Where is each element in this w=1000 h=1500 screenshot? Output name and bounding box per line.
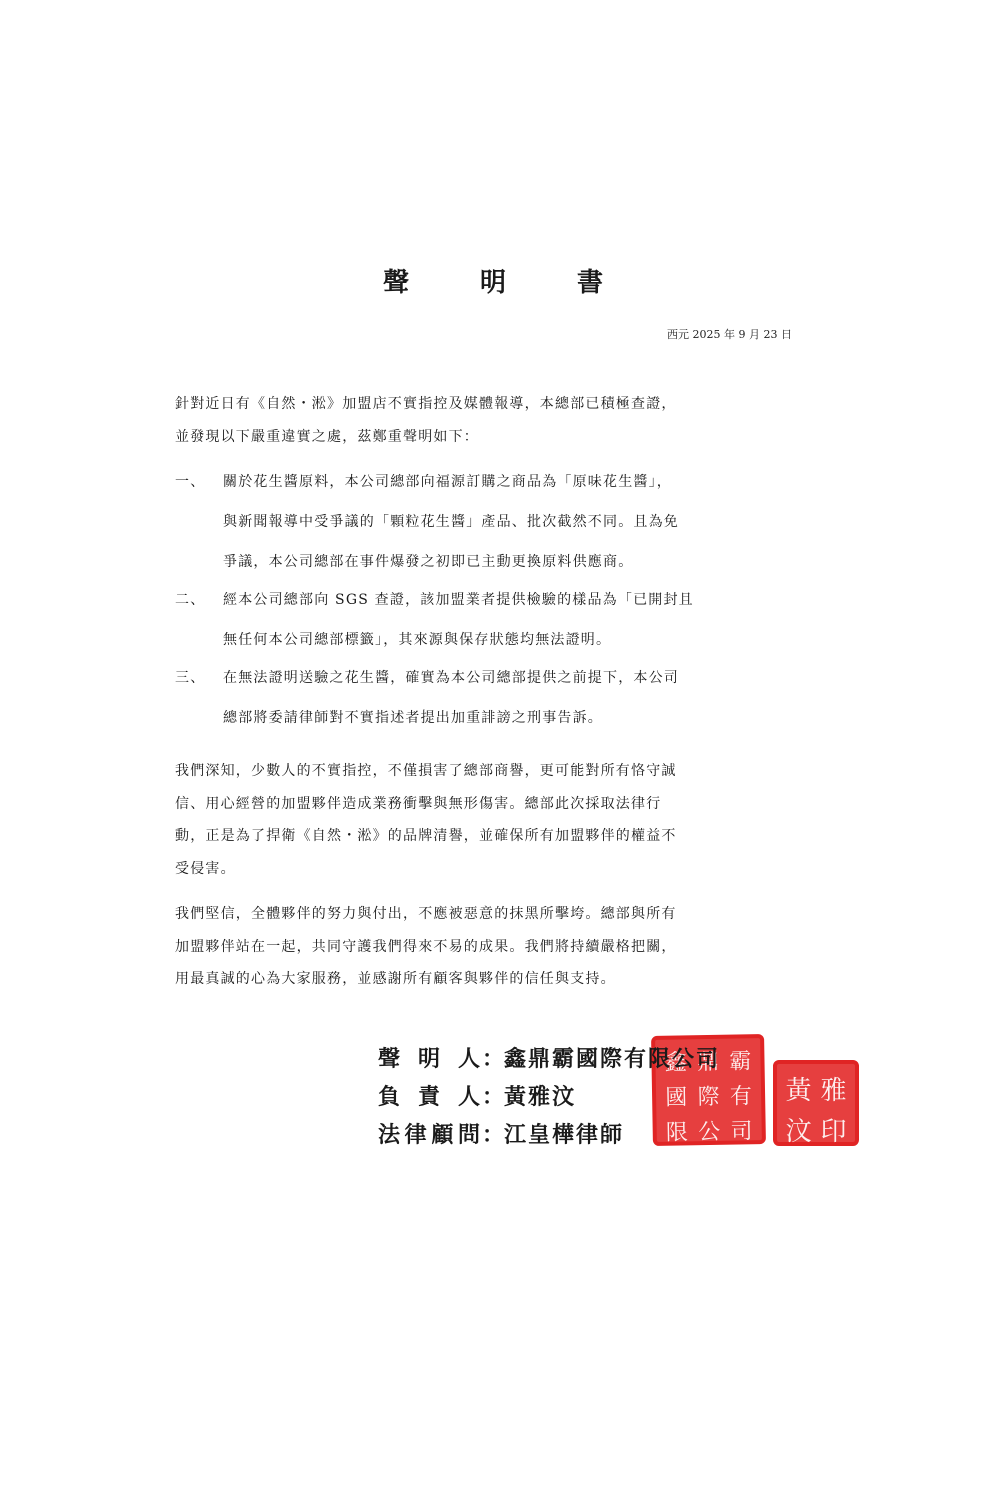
- text-line: 爭議，本公司總部在事件爆發之初即已主動更換原料供應商。: [223, 542, 798, 582]
- title-char: 聲: [383, 262, 409, 302]
- item-body: 在無法證明送驗之花生醬，確實為本公司總部提供之前提下，本公司 總部將委請律師對不…: [223, 658, 798, 738]
- personal-seal: 黃 雅 汶 印: [773, 1060, 859, 1146]
- label-char: 負: [378, 1078, 402, 1116]
- signature-row-responsible-person: 負 責 人 ： 黃雅汶: [378, 1078, 720, 1116]
- item-number: 三、: [175, 658, 221, 698]
- signature-value: 鑫鼎霸國際有限公司: [504, 1040, 720, 1078]
- label-char: 律: [405, 1116, 429, 1154]
- item-number: 二、: [175, 580, 221, 620]
- signature-value: 黃雅汶: [504, 1078, 576, 1116]
- label-char: 人: [458, 1040, 482, 1078]
- seal-char: 霸: [726, 1044, 755, 1075]
- seal-char: 印: [818, 1111, 849, 1148]
- colon: ：: [482, 1116, 504, 1154]
- signature-value: 江皇樺律師: [504, 1116, 624, 1154]
- signature-label: 聲 明 人: [378, 1040, 482, 1078]
- label-char: 聲: [378, 1040, 402, 1078]
- seal-char: 雅: [818, 1070, 849, 1107]
- text-line: 並發現以下嚴重違實之處，茲鄭重聲明如下：: [175, 421, 795, 454]
- paragraph-2: 我們深知，少數人的不實指控，不僅損害了總部商譽，更可能對所有恪守誠 信、用心經營…: [175, 755, 795, 885]
- text-line: 關於花生醬原料，本公司總部向福源訂購之商品為「原味花生醬」，: [223, 462, 798, 502]
- label-char: 問: [458, 1116, 482, 1154]
- text-line: 用最真誠的心為大家服務，並感謝所有顧客與夥伴的信任與支持。: [175, 963, 795, 996]
- seal-char: 司: [727, 1114, 756, 1145]
- text-line: 總部將委請律師對不實指述者提出加重誹謗之刑事告訴。: [223, 698, 798, 738]
- colon: ：: [482, 1078, 504, 1116]
- seal-char: 有: [726, 1079, 755, 1110]
- item-body: 關於花生醬原料，本公司總部向福源訂購之商品為「原味花生醬」， 與新聞報導中受爭議…: [223, 462, 798, 582]
- text-line: 與新聞報導中受爭議的「顆粒花生醬」產品、批次截然不同。且為免: [223, 502, 798, 542]
- item-body: 經本公司總部向 SGS 查證，該加盟業者提供檢驗的樣品為「已開封且 無任何本公司…: [223, 580, 798, 660]
- signature-label: 負 責 人: [378, 1078, 482, 1116]
- text-line: 針對近日有《自然・淞》加盟店不實指控及媒體報導，本總部已積極查證，: [175, 388, 795, 421]
- paragraph-3: 我們堅信，全體夥伴的努力與付出，不應被惡意的抹黑所擊垮。總部與所有 加盟夥伴站在…: [175, 898, 795, 996]
- text-line: 在無法證明送驗之花生醬，確實為本公司總部提供之前提下，本公司: [223, 658, 798, 698]
- text-line: 無任何本公司總部標籤」，其來源與保存狀態均無法證明。: [223, 620, 798, 660]
- document-title: 聲 明 書: [383, 262, 603, 302]
- signature-label: 法 律 顧 問: [378, 1116, 482, 1154]
- label-char: 法: [378, 1116, 402, 1154]
- title-char: 書: [577, 262, 603, 302]
- label-char: 責: [418, 1078, 442, 1116]
- signature-row-declarant: 聲 明 人 ： 鑫鼎霸國際有限公司: [378, 1040, 720, 1078]
- text-line: 我們堅信，全體夥伴的努力與付出，不應被惡意的抹黑所擊垮。總部與所有: [175, 898, 795, 931]
- intro-paragraph: 針對近日有《自然・淞》加盟店不實指控及媒體報導，本總部已積極查證， 並發現以下嚴…: [175, 388, 795, 453]
- text-line: 動，正是為了捍衛《自然・淞》的品牌清譽，並確保所有加盟夥伴的權益不: [175, 820, 795, 853]
- label-char: 顧: [431, 1116, 455, 1154]
- text-line: 經本公司總部向 SGS 查證，該加盟業者提供檢驗的樣品為「已開封且: [223, 580, 798, 620]
- text-line: 我們深知，少數人的不實指控，不僅損害了總部商譽，更可能對所有恪守誠: [175, 755, 795, 788]
- seal-char: 汶: [783, 1111, 814, 1148]
- label-char: 明: [418, 1040, 442, 1078]
- document-date: 西元 2025 年 9 月 23 日: [667, 326, 792, 342]
- title-char: 明: [480, 262, 506, 302]
- text-line: 信、用心經營的加盟夥伴造成業務衝擊與無形傷害。總部此次採取法律行: [175, 788, 795, 821]
- item-number: 一、: [175, 462, 221, 502]
- label-char: 人: [458, 1078, 482, 1116]
- statement-document: 聲 明 書 西元 2025 年 9 月 23 日 針對近日有《自然・淞》加盟店不…: [0, 0, 1000, 1500]
- signature-block: 聲 明 人 ： 鑫鼎霸國際有限公司 負 責 人 ： 黃雅汶 法 律 顧 問 ：: [378, 1040, 720, 1154]
- seal-char: 黃: [783, 1070, 814, 1107]
- signature-row-legal-counsel: 法 律 顧 問 ： 江皇樺律師: [378, 1116, 720, 1154]
- colon: ：: [482, 1040, 504, 1078]
- text-line: 受侵害。: [175, 853, 795, 886]
- text-line: 加盟夥伴站在一起，共同守護我們得來不易的成果。我們將持續嚴格把關，: [175, 931, 795, 964]
